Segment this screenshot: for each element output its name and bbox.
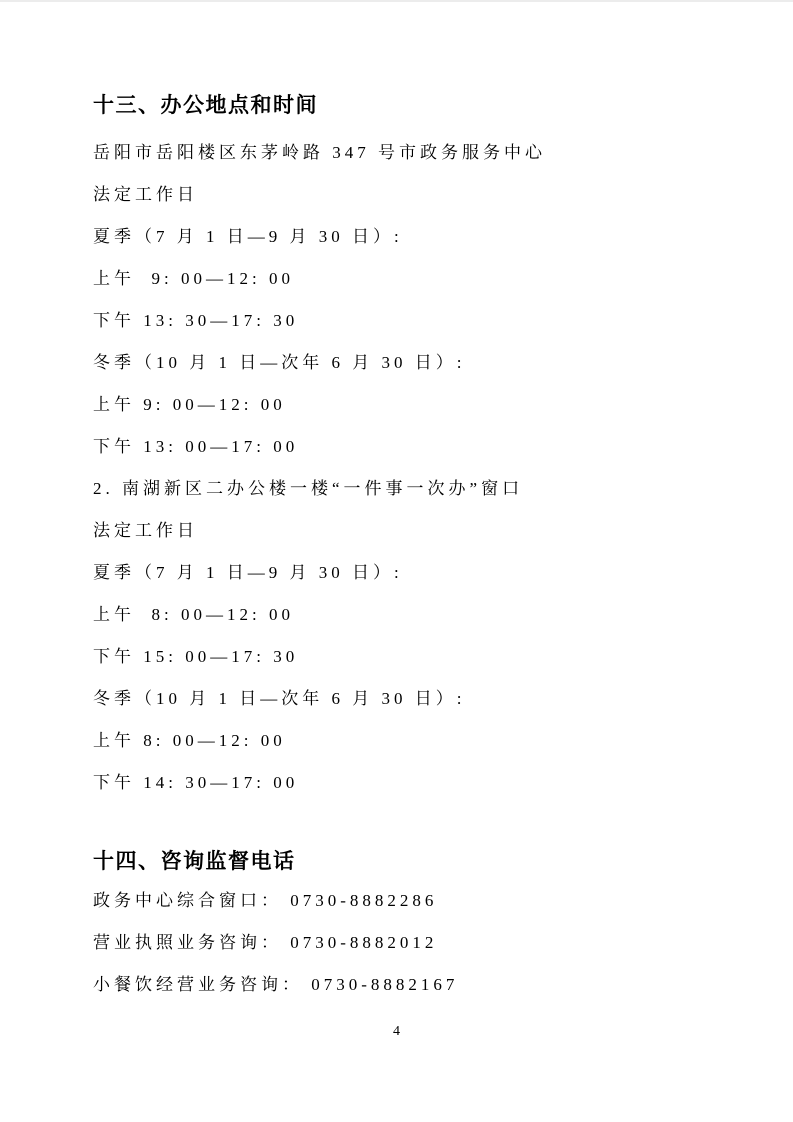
text-line-phone-small-catering: 小餐饮经营业务咨询： 0730-8882167 xyxy=(93,963,753,1005)
document-page: 十三、办公地点和时间 岳阳市岳阳楼区东茅岭路 347 号市政务服务中心 法定工作… xyxy=(0,0,793,1122)
text-line-address: 岳阳市岳阳楼区东茅岭路 347 号市政务服务中心 xyxy=(93,131,753,173)
text-line-morning-hours: 上午 8: 00—12: 00 xyxy=(93,719,753,761)
text-line-morning-hours: 上午 9: 00—12: 00 xyxy=(93,257,753,299)
text-line-winter-period: 冬季（10 月 1 日—次年 6 月 30 日）: xyxy=(93,677,753,719)
text-line-workdays: 法定工作日 xyxy=(93,509,753,551)
page-number: 4 xyxy=(0,1024,793,1040)
text-line-phone-service-center: 政务中心综合窗口： 0730-8882286 xyxy=(93,879,753,921)
text-line-morning-hours: 上午 9: 00—12: 00 xyxy=(93,383,753,425)
text-line-afternoon-hours: 下午 15: 00—17: 30 xyxy=(93,635,753,677)
section-14-body: 政务中心综合窗口： 0730-8882286 营业执照业务咨询： 0730-88… xyxy=(93,879,753,1005)
section-13-heading: 十三、办公地点和时间 xyxy=(93,93,753,119)
text-line-summer-period: 夏季（7 月 1 日—9 月 30 日）: xyxy=(93,551,753,593)
section-13-body: 岳阳市岳阳楼区东茅岭路 347 号市政务服务中心 法定工作日 夏季（7 月 1 … xyxy=(93,131,753,803)
text-line-location-2: 2. 南湖新区二办公楼一楼“一件事一次办”窗口 xyxy=(93,467,753,509)
text-line-morning-hours: 上午 8: 00—12: 00 xyxy=(93,593,753,635)
text-line-winter-period: 冬季（10 月 1 日—次年 6 月 30 日）: xyxy=(93,341,753,383)
text-line-workdays: 法定工作日 xyxy=(93,173,753,215)
section-14-heading: 十四、咨询监督电话 xyxy=(93,849,753,875)
text-line-afternoon-hours: 下午 14: 30—17: 00 xyxy=(93,761,753,803)
text-line-afternoon-hours: 下午 13: 00—17: 00 xyxy=(93,425,753,467)
text-line-phone-business-license: 营业执照业务咨询： 0730-8882012 xyxy=(93,921,753,963)
text-line-summer-period: 夏季（7 月 1 日—9 月 30 日）: xyxy=(93,215,753,257)
text-line-afternoon-hours: 下午 13: 30—17: 30 xyxy=(93,299,753,341)
